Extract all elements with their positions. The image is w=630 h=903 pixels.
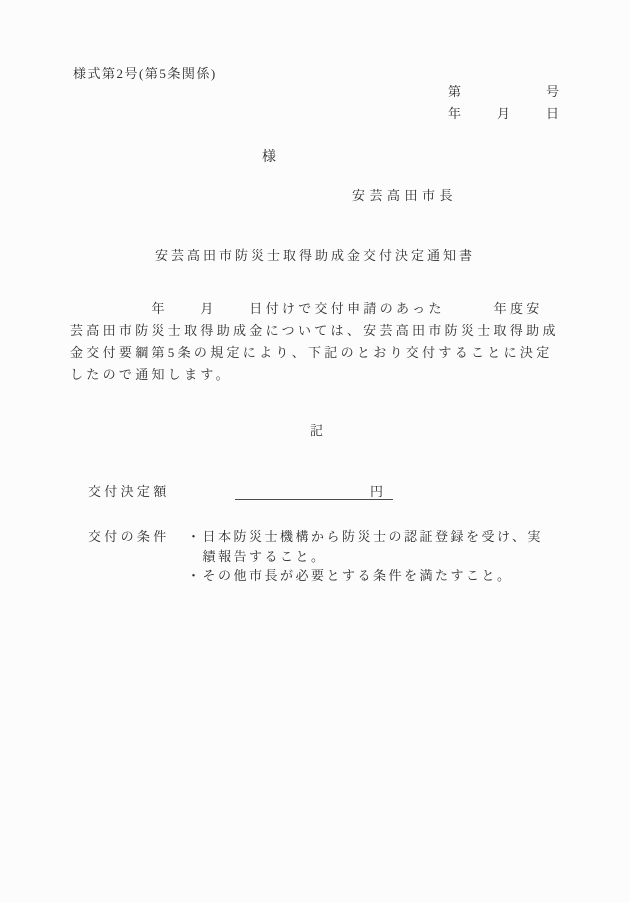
condition-line: 績報告すること。 <box>187 547 543 567</box>
body-line: 金交付要綱第5条の規定により、下記のとおり交付することに決定 <box>70 342 575 364</box>
body-line: したので通知します。 <box>70 364 575 386</box>
condition-line: ・日本防災士機構から防災士の認証登録を受け、実 <box>187 527 543 547</box>
date-day-label: 日 <box>546 106 559 121</box>
conditions-list: ・日本防災士機構から防災士の認証登録を受け、実 績報告すること。 ・その他市長が… <box>187 527 543 586</box>
conditions-label: 交付の条件 <box>88 527 170 547</box>
body-line: 年 月 日付けで交付申請のあった 年度安 <box>70 298 575 320</box>
grant-amount-unit: 円 <box>370 484 393 499</box>
date-month-label: 月 <box>497 106 510 121</box>
body-line: 芸高田市防災士取得助成金については、安芸高田市防災士取得助成 <box>70 320 575 342</box>
date-year-label: 年 <box>448 106 461 121</box>
condition-line: ・その他市長が必要とする条件を満たすこと。 <box>187 566 543 586</box>
document-title: 安芸高田市防災士取得助成金交付決定通知書 <box>0 245 630 264</box>
addressee-honorific: 様 <box>262 146 276 166</box>
issue-number-suffix: 号 <box>546 84 559 99</box>
notification-document-page: 様式第2号(第5条関係) 第 号 年 月 日 様 安芸高田市長 安芸高田市防災士… <box>0 0 630 903</box>
issue-number-row: 第 号 <box>448 84 559 99</box>
grant-amount-label: 交付決定額 <box>88 483 170 500</box>
issue-number-prefix: 第 <box>448 84 461 99</box>
grant-amount-blank-field: 円 <box>235 483 393 500</box>
body-paragraph: 年 月 日付けで交付申請のあった 年度安 芸高田市防災士取得助成金については、安… <box>70 298 575 386</box>
form-number: 様式第2号(第5条関係) <box>73 63 217 82</box>
issue-date-row: 年 月 日 <box>448 106 559 121</box>
list-marker: 記 <box>70 420 564 439</box>
sender-name: 安芸高田市長 <box>352 185 457 204</box>
